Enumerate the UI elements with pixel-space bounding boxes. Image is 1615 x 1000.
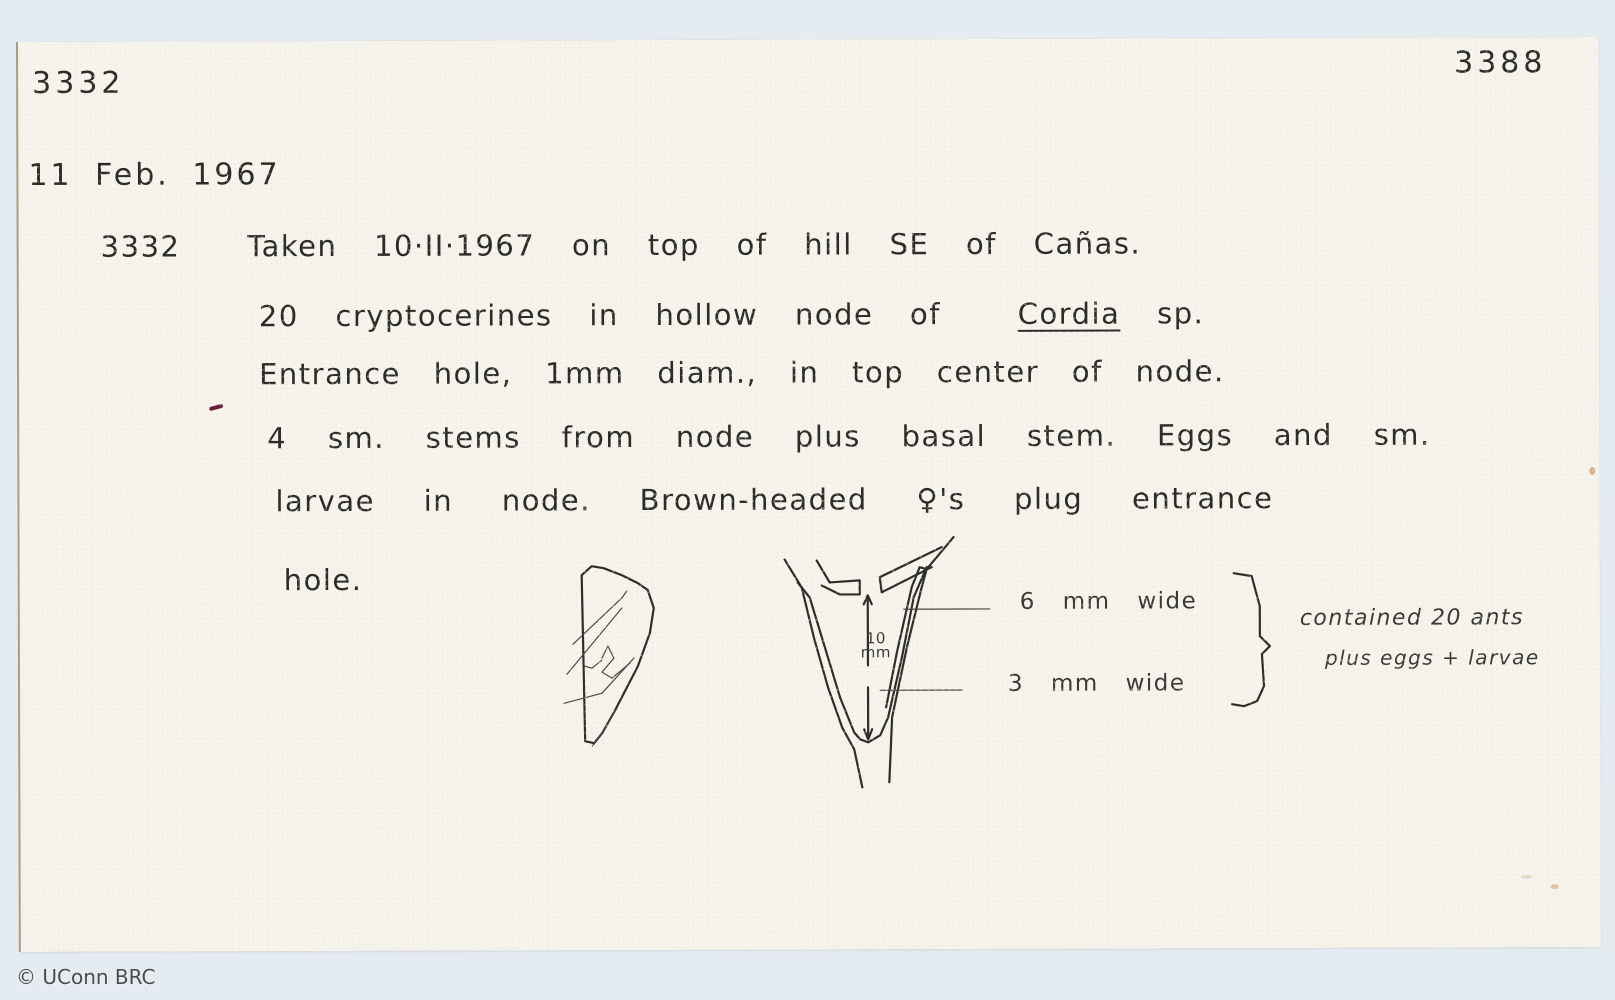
bottom-width-label: 3 mm wide (1008, 670, 1186, 697)
bracket-note-line-2: plus eggs + larvae (1325, 645, 1540, 670)
top-width-label: 6 mm wide (1020, 588, 1198, 615)
copyright-notice: © UConn BRC (16, 965, 156, 989)
bracket-note-line-1: contained 20 ants (1300, 605, 1524, 631)
length-label-unit: mm (856, 645, 896, 659)
node-cross-section-sketch (785, 536, 1271, 788)
specimen-card: 3332 3388 11 Feb. 1967 3332 Taken 10·II·… (18, 37, 1601, 952)
node-sketches (18, 37, 1601, 952)
paper-stain (1521, 875, 1533, 878)
paper-stain (1589, 467, 1595, 475)
node-side-view-sketch (564, 566, 655, 746)
paper-stain (1551, 884, 1559, 889)
length-label: 10 mm (856, 631, 896, 659)
